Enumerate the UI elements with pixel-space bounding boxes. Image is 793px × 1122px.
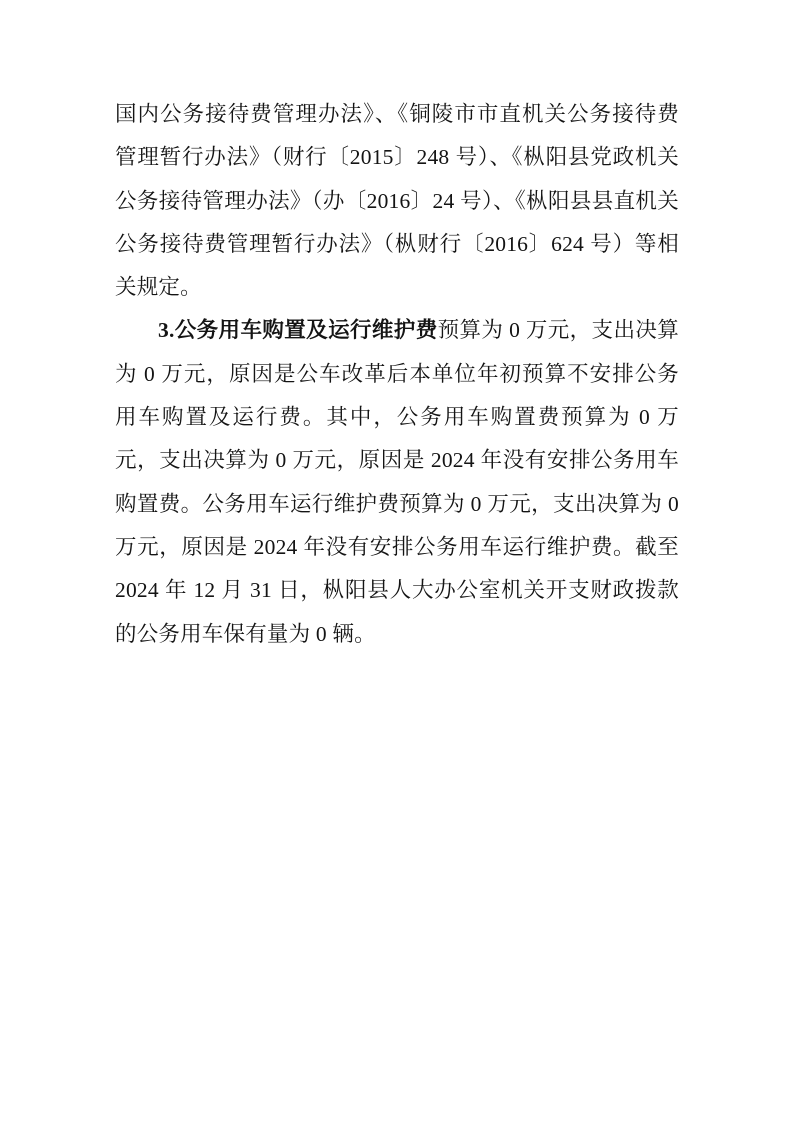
document-content: 国内公务接待费管理办法》、《铜陵市市直机关公务接待费管理暂行办法》（财行〔201… — [115, 93, 679, 656]
body-text-run: 国内公务接待费管理办法》、《铜陵市市直机关公务接待费管理暂行办法》（财行〔201… — [115, 102, 679, 299]
bold-heading-run: 3.公务用车购置及运行维护费 — [158, 318, 438, 342]
paragraph-1: 国内公务接待费管理办法》、《铜陵市市直机关公务接待费管理暂行办法》（财行〔201… — [115, 93, 679, 309]
document-page: 国内公务接待费管理办法》、《铜陵市市直机关公务接待费管理暂行办法》（财行〔201… — [0, 0, 793, 1122]
body-text-run: 预算为 0 万元，支出决算为 0 万元，原因是公车改革后本单位年初预算不安排公务… — [115, 318, 679, 645]
paragraph-2: 3.公务用车购置及运行维护费预算为 0 万元，支出决算为 0 万元，原因是公车改… — [115, 309, 679, 655]
